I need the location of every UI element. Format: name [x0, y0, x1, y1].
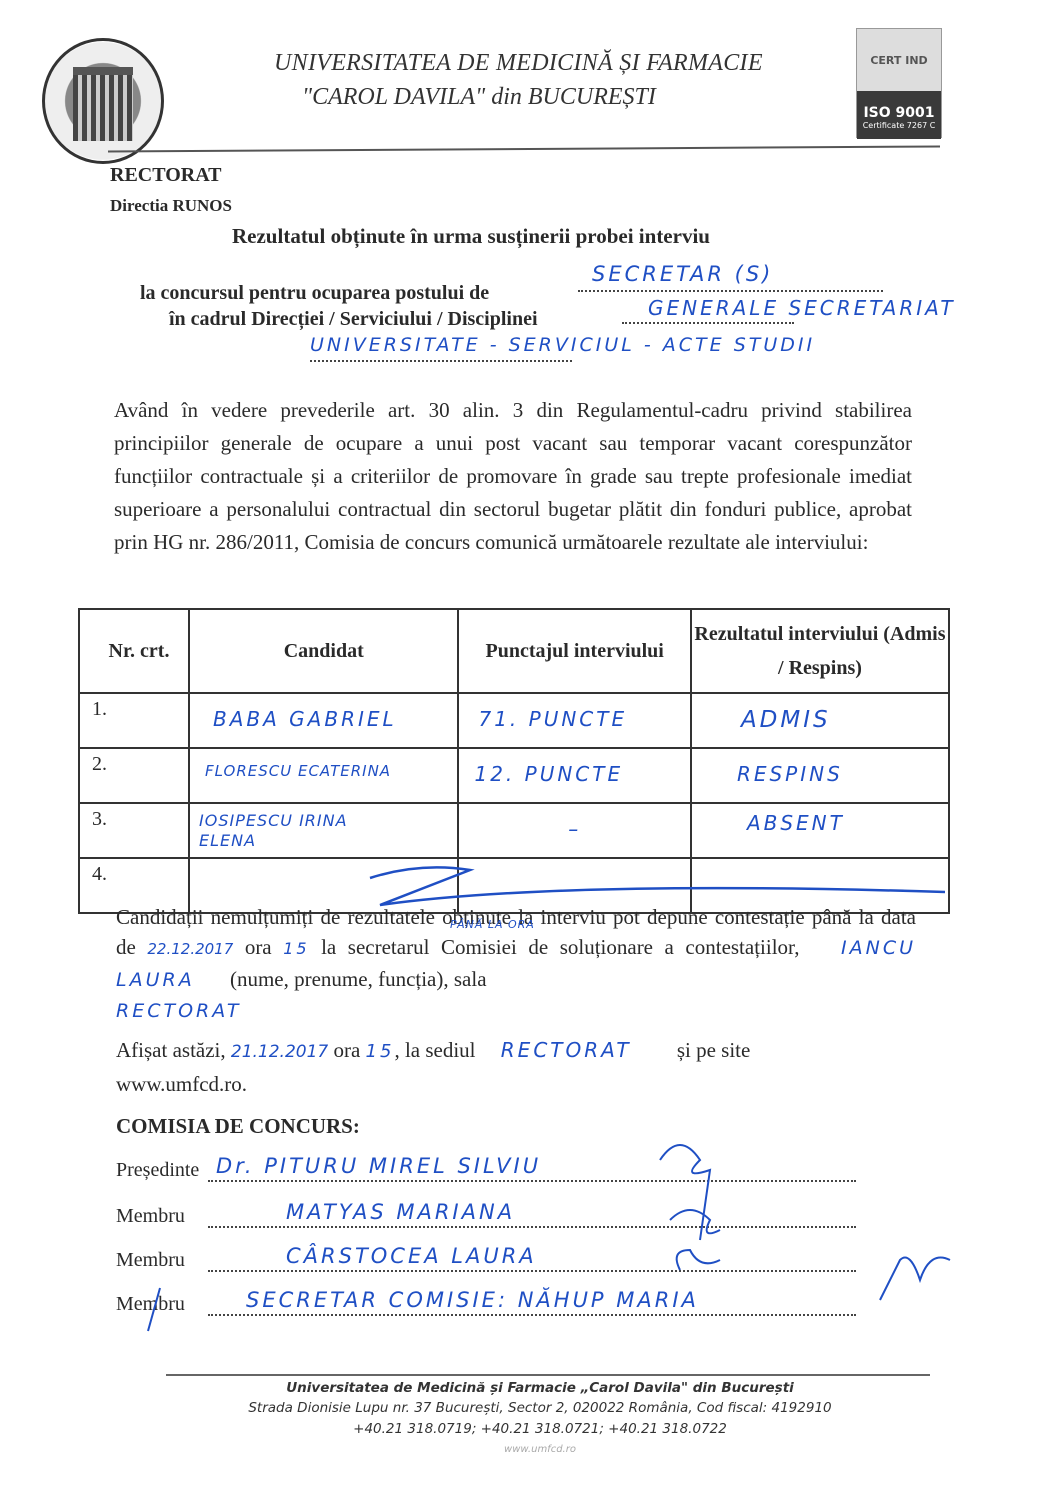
- member-role: Membru: [116, 1249, 185, 1272]
- cell-candidat: BABA GABRIEL: [191, 695, 456, 731]
- member-name: Dr. PITURU MIREL SILVIU: [216, 1154, 541, 1178]
- iso-certificate-number: Certificate 7267 C: [857, 121, 941, 131]
- member-role: Membru: [116, 1205, 185, 1228]
- afisat-hour-value: 15: [366, 1041, 395, 1062]
- member-name: MATYAS MARIANA: [286, 1200, 515, 1224]
- table-row: 1. BABA GABRIEL 71. PUNCTE ADMIS: [79, 693, 949, 748]
- university-name-line1: UNIVERSITATEA DE MEDICINĂ ȘI FARMACIE: [274, 50, 763, 77]
- cell-punctaj: –: [460, 805, 688, 841]
- cell-nr: 2.: [79, 748, 189, 803]
- contest-date-value: 22.12.2017: [147, 940, 233, 958]
- table-header-row: Nr. crt. Candidat Punctajul interviului …: [79, 609, 949, 693]
- post-dotted-line: [578, 290, 883, 292]
- department-value-line2: UNIVERSITATE - SERVICIUL - ACTE STUDII: [310, 334, 815, 356]
- contest-hour-value: 15: [283, 939, 309, 958]
- afisat-date-value: 21.12.2017: [231, 1042, 328, 1062]
- header-punctaj: Punctajul interviului: [458, 609, 690, 693]
- member-name: CÂRSTOCEA LAURA: [286, 1244, 537, 1268]
- department-dotted-line: [622, 322, 794, 324]
- cell-rezultat: RESPINS: [693, 750, 947, 786]
- department-label: în cadrul Direcției / Serviciului / Disc…: [169, 308, 538, 331]
- iso-label: ISO 9001: [857, 91, 941, 121]
- member-name: SECRETAR COMISIE: NĂHUP MARIA: [246, 1288, 699, 1312]
- contest-sala-value: RECTORAT: [116, 1000, 241, 1022]
- cell-rezultat: ABSENT: [693, 805, 947, 835]
- footer-website: www.umfcd.ro: [150, 1444, 930, 1455]
- site-url: www.umfcd.ro.: [116, 1072, 247, 1096]
- footer-address: Strada Dionisie Lupu nr. 37 București, S…: [150, 1400, 930, 1416]
- member-role: Președinte: [116, 1159, 199, 1182]
- afisat-paragraph: Afișat astăzi, 21.12.2017 ora 15, la sed…: [116, 1034, 916, 1100]
- cert-ind-icon: CERT IND: [857, 29, 941, 91]
- commission-title: COMISIA DE CONCURS:: [116, 1114, 360, 1139]
- hour-annotation: PÂNĂ LA ORA: [450, 918, 535, 931]
- university-name-line2: "CAROL DAVILA" din BUCUREȘTI: [302, 84, 656, 111]
- header-rezultat: Rezultatul interviului (Admis / Respins): [691, 609, 949, 693]
- checkmark-stroke: [140, 1286, 170, 1336]
- post-value: SECRETAR (S): [592, 262, 773, 286]
- department-dotted-line-2: [310, 360, 572, 362]
- cell-candidat: IOSIPESCU IRINA ELENA: [191, 805, 379, 851]
- cell-punctaj: 12. PUNCTE: [460, 750, 688, 786]
- signatures: [640, 1120, 960, 1320]
- department-rectorat: RECTORAT: [110, 164, 222, 187]
- cell-candidat: FLORESCU ECATERINA: [191, 750, 456, 780]
- legal-paragraph: Având în vedere prevederile art. 30 alin…: [114, 394, 912, 559]
- iso-certification-logo: CERT IND ISO 9001 Certificate 7267 C: [856, 28, 942, 138]
- table-row: 3. IOSIPESCU IRINA ELENA – ABSENT: [79, 803, 949, 858]
- table-row: 2. FLORESCU ECATERINA 12. PUNCTE RESPINS: [79, 748, 949, 803]
- department-directia: Directia RUNOS: [110, 196, 232, 216]
- footer-phones: +40.21 318.0719; +40.21 318.0721; +40.21…: [150, 1421, 930, 1437]
- cell-punctaj: 71. PUNCTE: [460, 695, 688, 731]
- cell-nr: 1.: [79, 693, 189, 748]
- building-icon: [73, 67, 133, 141]
- header-candidat: Candidat: [189, 609, 458, 693]
- footer-university: Universitatea de Medicină și Farmacie „C…: [150, 1380, 930, 1396]
- header-divider: [108, 145, 940, 152]
- university-seal-logo: [42, 38, 164, 164]
- department-value-line1: GENERALE SECRETARIAT: [648, 296, 956, 320]
- cell-rezultat: ADMIS: [693, 695, 947, 733]
- post-label: la concursul pentru ocuparea postului de: [140, 282, 489, 305]
- document-title: Rezultatul obținute în urma susținerii p…: [232, 224, 710, 249]
- footer-divider: [166, 1374, 930, 1376]
- cell-nr: 3.: [79, 803, 189, 858]
- afisat-sediu-value: RECTORAT: [481, 1038, 672, 1062]
- header-nr: Nr. crt.: [79, 609, 189, 693]
